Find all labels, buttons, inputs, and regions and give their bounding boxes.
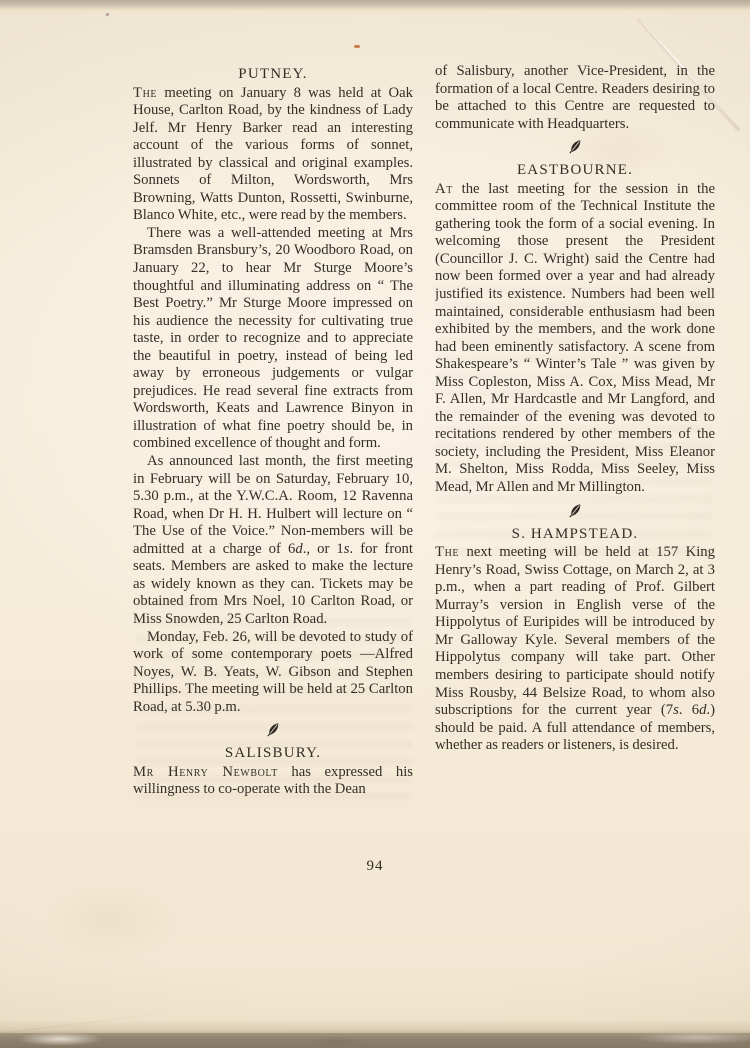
section-heading: S. HAMPSTEAD. [435,526,715,544]
section-heading: EASTBOURNE. [435,162,715,180]
text-run: next meeting will be held at 157 King He… [435,544,715,718]
orange-ink-speck [354,45,360,48]
text-run: meeting on January 8 was held at Oak Hou… [133,85,413,224]
page-number: 94 [0,858,750,875]
leaf-ornament-icon [267,722,280,737]
paragraph: The next meeting will be held at 157 Kin… [435,544,715,755]
italic-text-run: d [295,541,302,557]
small-caps-lead: At [435,181,453,197]
text-run: ., or 1 [303,541,344,557]
section-divider [435,134,715,159]
text-run: . 6 [679,702,699,718]
scan-top-edge [0,0,750,13]
left-column: PUTNEY.The meeting on January 8 was held… [133,63,413,865]
section-divider [133,717,413,742]
page-body: PUTNEY.The meeting on January 8 was held… [133,63,715,865]
text-run: Monday, Feb. 26, will be devoted to stud… [133,629,413,715]
paragraph: Monday, Feb. 26, will be devoted to stud… [133,629,413,717]
small-caps-lead: Mr Henry Newbolt [133,764,278,780]
page-bottom-shadow [0,1020,750,1034]
section-divider [435,498,715,523]
paragraph: of Salisbury, another Vice-President, in… [435,63,715,133]
paragraph: The meeting on January 8 was held at Oak… [133,85,413,225]
paragraph: At the last meeting for the session in t… [435,181,715,497]
text-run: the last meeting for the session in the … [435,181,715,495]
paragraph: As announced last month, the first meeti… [133,453,413,628]
purple-ink-speck [106,13,109,16]
small-caps-lead: The [435,544,459,560]
text-run: There was a well-attended meeting at Mrs… [133,225,413,452]
scan-bottom-edge [0,1033,750,1048]
leaf-ornament-icon [569,503,582,518]
section-heading: SALISBURY. [133,745,413,763]
section-heading: PUTNEY. [133,66,413,84]
paragraph: There was a well-attended meeting at Mrs… [133,225,413,453]
text-run: of Salisbury, another Vice-President, in… [435,63,715,132]
paper-stain [40,880,180,960]
leaf-ornament-icon [569,139,582,154]
right-column: of Salisbury, another Vice-President, in… [435,63,715,865]
paragraph: Mr Henry Newbolt has expressed his willi… [133,764,413,799]
small-caps-lead: The [133,85,157,101]
